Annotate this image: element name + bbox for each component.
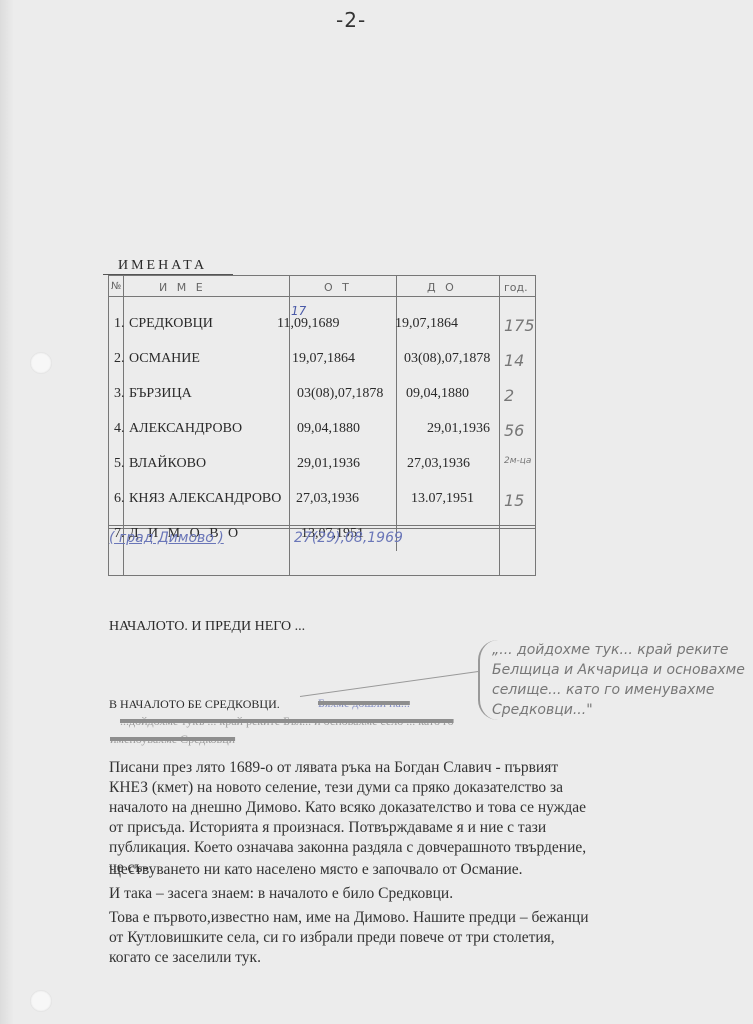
row-from: 09,04,1880 [297,421,360,437]
row-to: 13.07,1951 [411,491,474,507]
struck-text: Бяхме дошли на... [318,696,410,711]
row-name: ВЛАЙКОВО [129,456,206,472]
row-to: 29,01,1936 [427,421,490,437]
names-table: № И М Е О Т Д О год. 1.СРЕДКОВЦИ11,09,16… [108,275,536,576]
row-years: 15 [504,491,524,510]
row-name: КНЯЗ АЛЕКСАНДРОВО [129,491,281,507]
row-number: 6. [114,491,125,507]
struck-text: ...дойдохме тукъ ... край реките Бъл... … [120,714,454,729]
row-from-correction: 17 [291,304,306,318]
sub-heading: В НАЧАЛОТО БЕ СРЕДКОВЦИ. [109,697,280,712]
row-name: СРЕДКОВЦИ [129,316,213,332]
struck-text: именоувахме Средковци [110,732,235,747]
punch-hole [30,990,52,1012]
table-title: ИМЕНАТА [103,258,233,275]
section-heading: НАЧАЛОТО. И ПРЕДИ НЕГО ... [109,619,305,635]
row-name: БЪРЗИЦА [129,386,192,402]
row-name: ОСМАНИЕ [129,351,200,367]
row-to: 19,07,1864 [395,316,458,332]
handwritten-quote: „... дойдохме тук... край реките Белщица… [478,640,753,720]
header-name: И М Е [159,281,206,294]
row-name: АЛЕКСАНДРОВО [129,421,242,437]
row-from: 03(08),07,1878 [297,386,383,402]
footer-name: ( град Димово ) [109,530,224,546]
footer-from: 27(29),08,1969 [294,530,403,546]
annotation-arrow [300,671,478,697]
page-edge-shadow [0,0,14,1024]
paragraph: Това е първото,известно нам, име на Димо… [109,908,589,968]
row-years: 2 [504,386,514,405]
paragraph: ществуването ни като населено място е за… [109,860,589,880]
row-to: 09,04,1880 [406,386,469,402]
row-years: 14 [504,351,524,370]
row-to: 27,03,1936 [407,456,470,472]
row-from: 19,07,1864 [292,351,355,367]
row-from: 11,09,1689 [277,316,339,332]
row-number: 1. [114,316,125,332]
punch-hole [30,352,52,374]
row-years: 56 [504,421,524,440]
header-number: № [111,281,124,292]
paragraph: И така – засега знаем: в началото е било… [109,884,589,904]
row-to: 03(08),07,1878 [404,351,490,367]
header-years: год. [504,281,528,294]
header-to: Д О [427,281,457,294]
row-number: 2. [114,351,125,367]
row-number: 5. [114,456,125,472]
header-from: О Т [324,281,352,294]
row-from: 27,03,1936 [296,491,359,507]
row-years: 2м-ца [504,456,531,466]
row-number: 3. [114,386,125,402]
row-years: 175 [504,316,535,335]
row-number: 4. [114,421,125,437]
page-number: -2- [336,8,366,32]
row-from: 29,01,1936 [297,456,360,472]
